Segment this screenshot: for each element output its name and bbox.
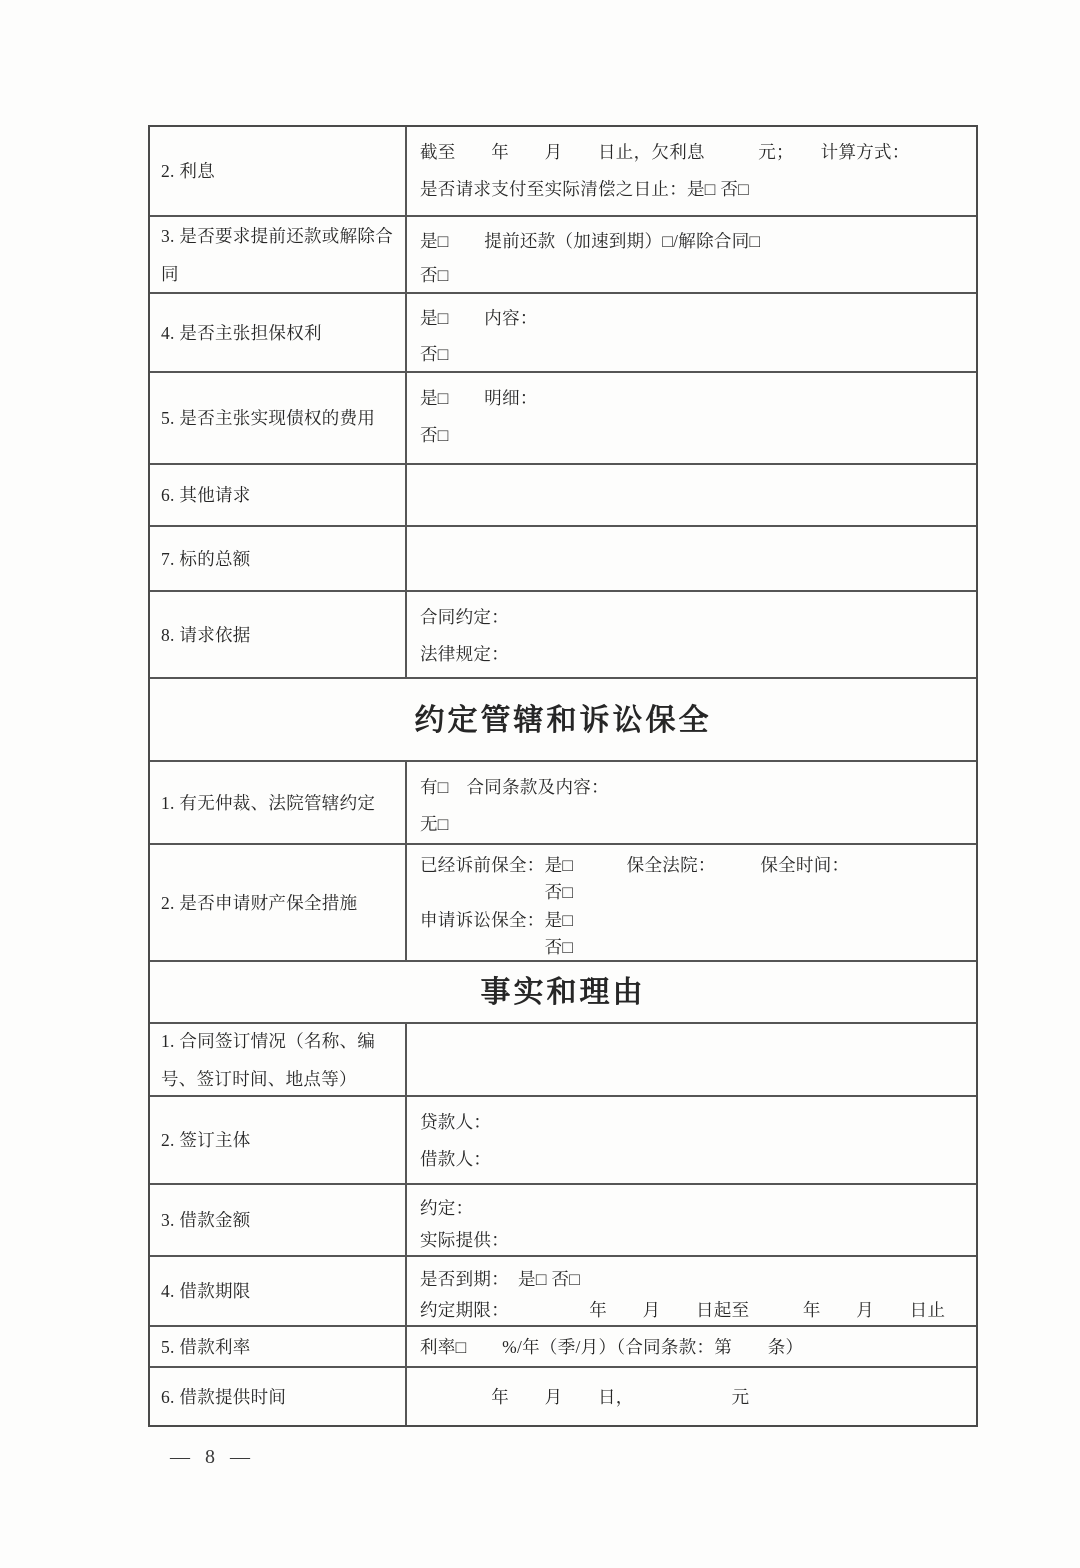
- form-line: 否□: [420, 258, 970, 293]
- claim-form-table: 2. 利息 截至 年 月 日止，欠利息 元； 计算方式： 是否请求支付至实际清偿…: [148, 125, 978, 1427]
- row-content: 年 月 日， 元: [407, 1368, 976, 1425]
- row-content: 已经诉前保全：是□ 保全法院： 保全时间： 否□ 申请诉讼保全：是□ 否□: [407, 845, 976, 960]
- row-arbitration-court-agreement: 1. 有无仲裁、法院管辖约定 有□ 合同条款及内容： 无□: [150, 762, 976, 845]
- form-line: 借款人：: [420, 1140, 970, 1177]
- form-line: 无□: [420, 805, 970, 842]
- row-label-text: 6. 其他请求: [161, 476, 251, 514]
- row-content: 是□ 内容： 否□: [407, 294, 976, 371]
- row-label: 2. 签订主体: [150, 1097, 407, 1183]
- row-label-text: 5. 是否主张实现债权的费用: [161, 399, 375, 437]
- section-title: 事实和理由: [150, 967, 976, 1017]
- row-contract-signing-info: 1. 合同签订情况（名称、编号、签订时间、地点等）: [150, 1024, 976, 1097]
- row-loan-amount: 3. 借款金额 约定： 实际提供：: [150, 1185, 976, 1257]
- row-claim-basis: 8. 请求依据 合同约定： 法律规定：: [150, 592, 976, 679]
- form-line: 贷款人：: [420, 1103, 970, 1140]
- row-content: 合同约定： 法律规定：: [407, 592, 976, 677]
- row-other-claims: 6. 其他请求: [150, 465, 976, 527]
- page-number: — 8 —: [170, 1446, 255, 1469]
- form-line: 否□: [420, 336, 970, 372]
- form-line: 有□ 合同条款及内容：: [420, 768, 970, 805]
- row-label: 1. 合同签订情况（名称、编号、签订时间、地点等）: [150, 1024, 407, 1095]
- row-content: 有□ 合同条款及内容： 无□: [407, 762, 976, 843]
- row-content: 截至 年 月 日止，欠利息 元； 计算方式： 是否请求支付至实际清偿之日止：是□…: [407, 127, 976, 215]
- row-label-text: 1. 有无仲裁、法院管辖约定: [161, 784, 375, 822]
- form-line: 是□ 明细：: [420, 379, 970, 416]
- row-label-text: 8. 请求依据: [161, 616, 251, 654]
- row-total-amount: 7. 标的总额: [150, 527, 976, 592]
- form-line: 否□: [420, 933, 970, 960]
- section-header-jurisdiction-preservation: 约定管辖和诉讼保全: [150, 679, 976, 762]
- row-label-text: 2. 利息: [161, 152, 215, 190]
- row-loan-provision-time: 6. 借款提供时间 年 月 日， 元: [150, 1368, 976, 1425]
- row-label: 4. 是否主张担保权利: [150, 294, 407, 371]
- section-title: 约定管辖和诉讼保全: [150, 695, 976, 745]
- row-content: 是□ 提前还款（加速到期）□/解除合同□ 否□: [407, 217, 976, 292]
- row-content: [407, 527, 976, 590]
- form-line: 是否到期： 是□ 否□: [420, 1263, 970, 1294]
- section-header-facts-reasons: 事实和理由: [150, 962, 976, 1024]
- row-signing-parties: 2. 签订主体 贷款人： 借款人：: [150, 1097, 976, 1185]
- row-label: 5. 借款利率: [150, 1327, 407, 1366]
- row-loan-interest-rate: 5. 借款利率 利率□ %/年（季/月）（合同条款：第 条）: [150, 1327, 976, 1368]
- row-property-preservation: 2. 是否申请财产保全措施 已经诉前保全：是□ 保全法院： 保全时间： 否□ 申…: [150, 845, 976, 962]
- row-label: 3. 借款金额: [150, 1185, 407, 1255]
- row-label: 6. 借款提供时间: [150, 1368, 407, 1425]
- row-label: 2. 是否申请财产保全措施: [150, 845, 407, 960]
- row-content: 是□ 明细： 否□: [407, 373, 976, 463]
- row-label: 7. 标的总额: [150, 527, 407, 590]
- form-line: 截至 年 月 日止，欠利息 元； 计算方式：: [420, 133, 970, 170]
- row-content: [407, 465, 976, 525]
- row-label: 5. 是否主张实现债权的费用: [150, 373, 407, 463]
- row-label: 2. 利息: [150, 127, 407, 215]
- row-label: 4. 借款期限: [150, 1257, 407, 1325]
- row-content: 利率□ %/年（季/月）（合同条款：第 条）: [407, 1327, 976, 1366]
- form-line: 约定期限： 年 月 日起至 年 月 日止: [420, 1294, 970, 1325]
- form-line: 约定：: [420, 1191, 970, 1223]
- row-label-text: 7. 标的总额: [161, 540, 251, 578]
- row-label-text: 6. 借款提供时间: [161, 1378, 286, 1416]
- row-label: 3. 是否要求提前还款或解除合同: [150, 217, 407, 292]
- row-label-text: 4. 借款期限: [161, 1272, 251, 1310]
- row-content: 约定： 实际提供：: [407, 1185, 976, 1255]
- row-label: 6. 其他请求: [150, 465, 407, 525]
- row-content: 是否到期： 是□ 否□ 约定期限： 年 月 日起至 年 月 日止: [407, 1257, 976, 1325]
- row-label-text: 3. 借款金额: [161, 1201, 251, 1239]
- form-line: 已经诉前保全：是□ 保全法院： 保全时间：: [420, 851, 970, 878]
- row-early-repayment-or-termination: 3. 是否要求提前还款或解除合同 是□ 提前还款（加速到期）□/解除合同□ 否□: [150, 217, 976, 294]
- row-label-text: 3. 是否要求提前还款或解除合同: [161, 217, 400, 293]
- row-label: 8. 请求依据: [150, 592, 407, 677]
- row-debt-realization-costs: 5. 是否主张实现债权的费用 是□ 明细： 否□: [150, 373, 976, 465]
- form-line: 是否请求支付至实际清偿之日止：是□ 否□: [420, 170, 970, 207]
- row-content: 贷款人： 借款人：: [407, 1097, 976, 1183]
- row-label-text: 2. 签订主体: [161, 1121, 251, 1159]
- form-line: 是□ 提前还款（加速到期）□/解除合同□: [420, 223, 970, 258]
- form-line: 年 月 日， 元: [420, 1378, 970, 1415]
- row-guarantee-rights: 4. 是否主张担保权利 是□ 内容： 否□: [150, 294, 976, 373]
- row-interest: 2. 利息 截至 年 月 日止，欠利息 元； 计算方式： 是否请求支付至实际清偿…: [150, 127, 976, 217]
- row-label-text: 5. 借款利率: [161, 1328, 251, 1366]
- form-line: 合同约定：: [420, 598, 970, 635]
- document-page: 2. 利息 截至 年 月 日止，欠利息 元； 计算方式： 是否请求支付至实际清偿…: [0, 0, 1080, 1568]
- form-line: 利率□ %/年（季/月）（合同条款：第 条）: [420, 1328, 970, 1365]
- row-label: 1. 有无仲裁、法院管辖约定: [150, 762, 407, 843]
- row-loan-term: 4. 借款期限 是否到期： 是□ 否□ 约定期限： 年 月 日起至 年 月 日止: [150, 1257, 976, 1327]
- form-line: 申请诉讼保全：是□: [420, 906, 970, 933]
- form-line: 是□ 内容：: [420, 300, 970, 336]
- row-label-text: 2. 是否申请财产保全措施: [161, 884, 357, 922]
- row-content: [407, 1024, 976, 1095]
- form-line: 否□: [420, 878, 970, 905]
- form-line: 法律规定：: [420, 635, 970, 672]
- form-line: 实际提供：: [420, 1223, 970, 1255]
- form-line: 否□: [420, 416, 970, 453]
- row-label-text: 4. 是否主张担保权利: [161, 314, 322, 352]
- row-label-text: 1. 合同签订情况（名称、编号、签订时间、地点等）: [161, 1024, 400, 1097]
